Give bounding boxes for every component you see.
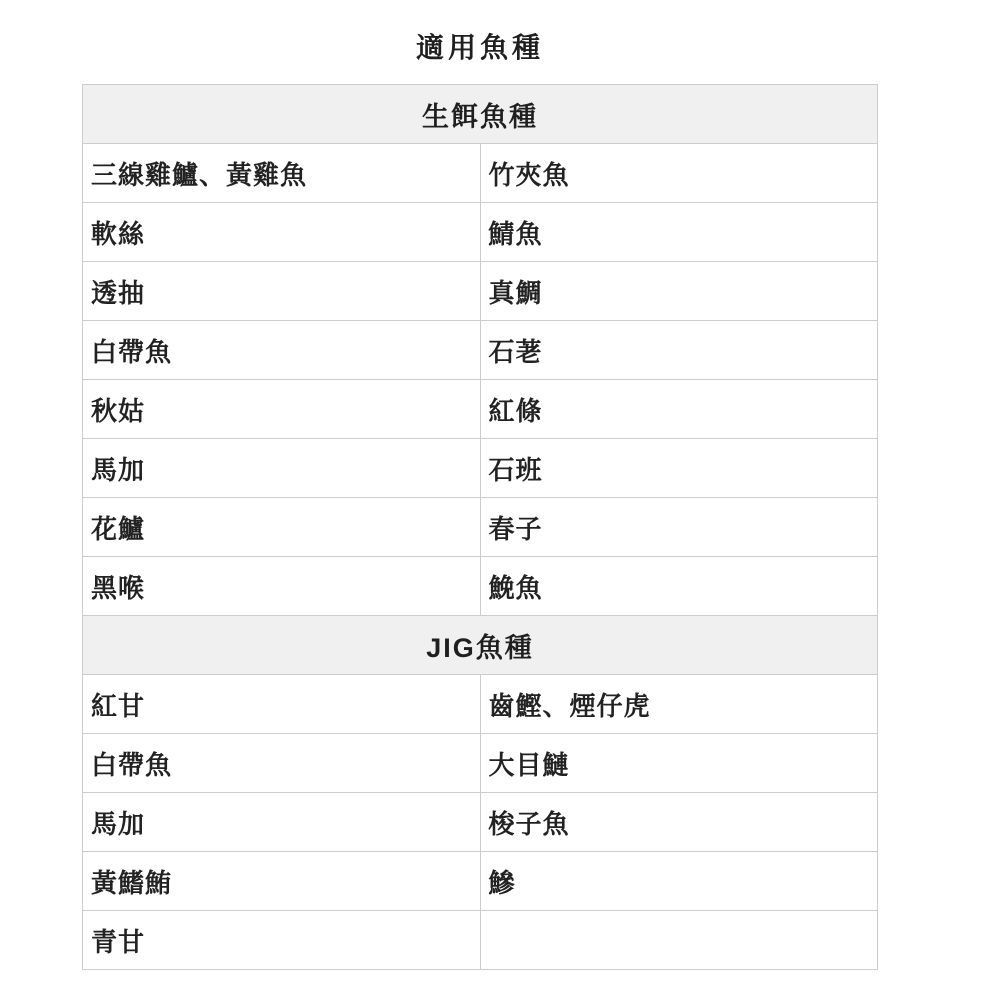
section-header-jig: JIG魚種 xyxy=(83,616,878,675)
table-cell: 黃鰭鮪 xyxy=(83,852,481,911)
table-cell: 白帶魚 xyxy=(83,734,481,793)
table-cell xyxy=(480,911,878,970)
table-row: 白帶魚 大目鰱 xyxy=(83,734,878,793)
table-row: 青甘 xyxy=(83,911,878,970)
table-cell: 三線雞鱸、黃雞魚 xyxy=(83,144,481,203)
table-cell: 秋姑 xyxy=(83,380,481,439)
table-cell: 齒鰹、煙仔虎 xyxy=(480,675,878,734)
table-cell: 紅甘 xyxy=(83,675,481,734)
table-cell: 馬加 xyxy=(83,439,481,498)
table-row: 馬加 梭子魚 xyxy=(83,793,878,852)
table-row: 馬加 石班 xyxy=(83,439,878,498)
table-row: 透抽 真鯛 xyxy=(83,262,878,321)
section-header-row: JIG魚種 xyxy=(83,616,878,675)
table-cell: 石班 xyxy=(480,439,878,498)
table-cell: 白帶魚 xyxy=(83,321,481,380)
fish-species-table: 生餌魚種 三線雞鱸、黃雞魚 竹夾魚 軟絲 鯖魚 透抽 真鯛 白帶魚 石荖 秋姑 … xyxy=(82,84,878,970)
table-cell: 真鯛 xyxy=(480,262,878,321)
table-cell: 鯖魚 xyxy=(480,203,878,262)
table-row: 黃鰭鮪 鰺 xyxy=(83,852,878,911)
table-cell: 梭子魚 xyxy=(480,793,878,852)
table-cell: 鰺 xyxy=(480,852,878,911)
table-cell: 青甘 xyxy=(83,911,481,970)
table-cell: 竹夾魚 xyxy=(480,144,878,203)
table-cell: 鮸魚 xyxy=(480,557,878,616)
table-row: 軟絲 鯖魚 xyxy=(83,203,878,262)
table-cell: 春子 xyxy=(480,498,878,557)
table-row: 秋姑 紅條 xyxy=(83,380,878,439)
table-row: 白帶魚 石荖 xyxy=(83,321,878,380)
table-cell: 大目鰱 xyxy=(480,734,878,793)
table-cell: 石荖 xyxy=(480,321,878,380)
section-header-row: 生餌魚種 xyxy=(83,85,878,144)
page-title: 適用魚種 xyxy=(82,26,878,66)
table-cell: 馬加 xyxy=(83,793,481,852)
table-cell: 軟絲 xyxy=(83,203,481,262)
table-row: 三線雞鱸、黃雞魚 竹夾魚 xyxy=(83,144,878,203)
section-header-live-bait: 生餌魚種 xyxy=(83,85,878,144)
table-cell: 花鱸 xyxy=(83,498,481,557)
table-row: 黑喉 鮸魚 xyxy=(83,557,878,616)
table-cell: 透抽 xyxy=(83,262,481,321)
table-row: 紅甘 齒鰹、煙仔虎 xyxy=(83,675,878,734)
table-cell: 黑喉 xyxy=(83,557,481,616)
table-cell: 紅條 xyxy=(480,380,878,439)
table-row: 花鱸 春子 xyxy=(83,498,878,557)
